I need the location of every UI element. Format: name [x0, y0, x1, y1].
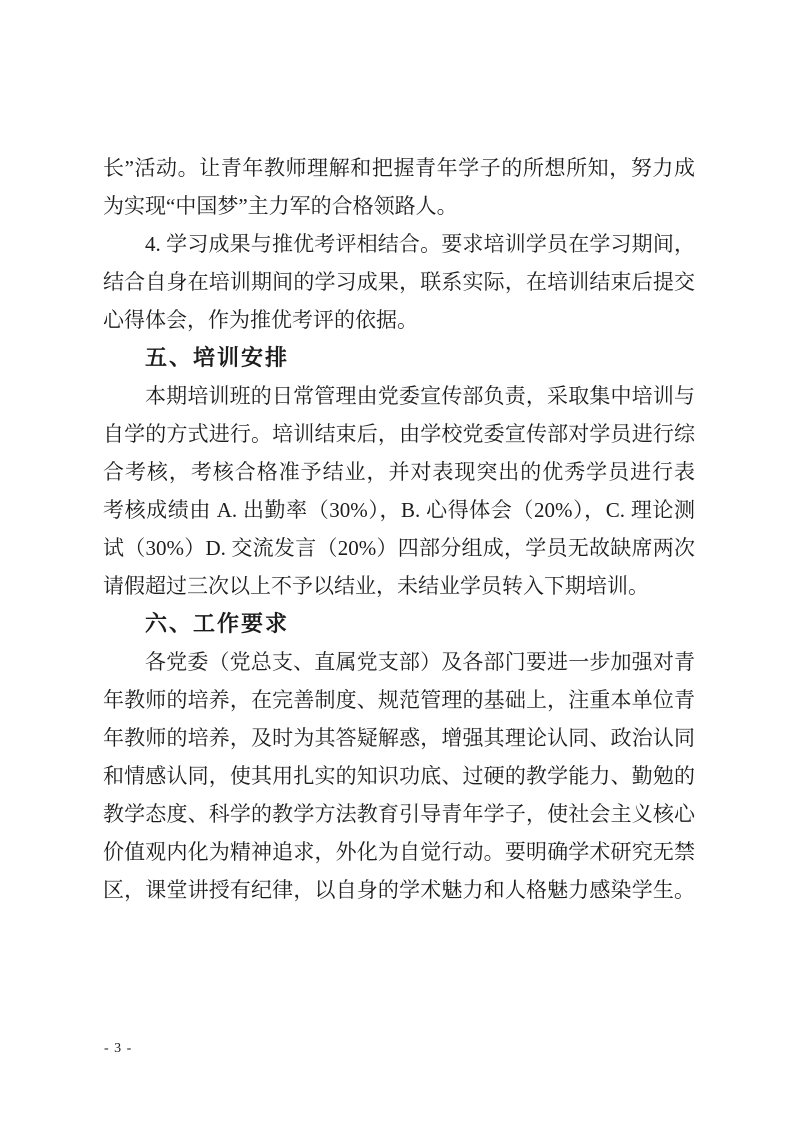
text-line: 长”活动。让青年教师理解和把握青年学子的所想所知，努力成: [103, 149, 695, 187]
section-heading-6: 六、工作要求: [103, 605, 695, 643]
page-number: - 3 -: [104, 1040, 132, 1058]
text-line: 和情感认同，使其用扎实的知识功底、过硬的教学能力、勤勉的: [103, 757, 695, 795]
text-line: 自学的方式进行。培训结束后，由学校党委宣传部对学员进行综: [103, 415, 695, 453]
text-line: 本期培训班的日常管理由党委宣传部负责，采取集中培训与: [103, 377, 695, 415]
text-line: 心得体会，作为推优考评的依据。: [103, 301, 695, 339]
text-line: 为实现“中国梦”主力军的合格领路人。: [103, 187, 695, 225]
text-line: 各党委（党总支、直属党支部）及各部门要进一步加强对青: [103, 643, 695, 681]
text-line: 4. 学习成果与推优考评相结合。要求培训学员在学习期间，: [103, 225, 695, 263]
text-line: 试（30%）D. 交流发言（20%）四部分组成，学员无故缺席两次或: [103, 529, 695, 567]
text-line: 区，课堂讲授有纪律，以自身的学术魅力和人格魅力感染学生。: [103, 871, 695, 909]
text-line: 年教师的培养，及时为其答疑解惑，增强其理论认同、政治认同: [103, 719, 695, 757]
text-line: 教学态度、科学的教学方法教育引导青年学子，使社会主义核心: [103, 795, 695, 833]
document-body: 长”活动。让青年教师理解和把握青年学子的所想所知，努力成为实现“中国梦”主力军的…: [103, 149, 695, 909]
section-heading-5: 五、培训安排: [103, 339, 695, 377]
text-line: 合考核，考核合格准予结业，并对表现突出的优秀学员进行表彰。: [103, 453, 695, 491]
document-page: 长”活动。让青年教师理解和把握青年学子的所想所知，努力成为实现“中国梦”主力军的…: [0, 0, 793, 1122]
text-line: 年教师的培养，在完善制度、规范管理的基础上，注重本单位青: [103, 681, 695, 719]
text-line: 请假超过三次以上不予以结业，未结业学员转入下期培训。: [103, 567, 695, 605]
text-line: 结合自身在培训期间的学习成果，联系实际，在培训结束后提交: [103, 263, 695, 301]
text-line: 考核成绩由 A. 出勤率（30%），B. 心得体会（20%），C. 理论测: [103, 491, 695, 529]
text-line: 价值观内化为精神追求，外化为自觉行动。要明确学术研究无禁: [103, 833, 695, 871]
